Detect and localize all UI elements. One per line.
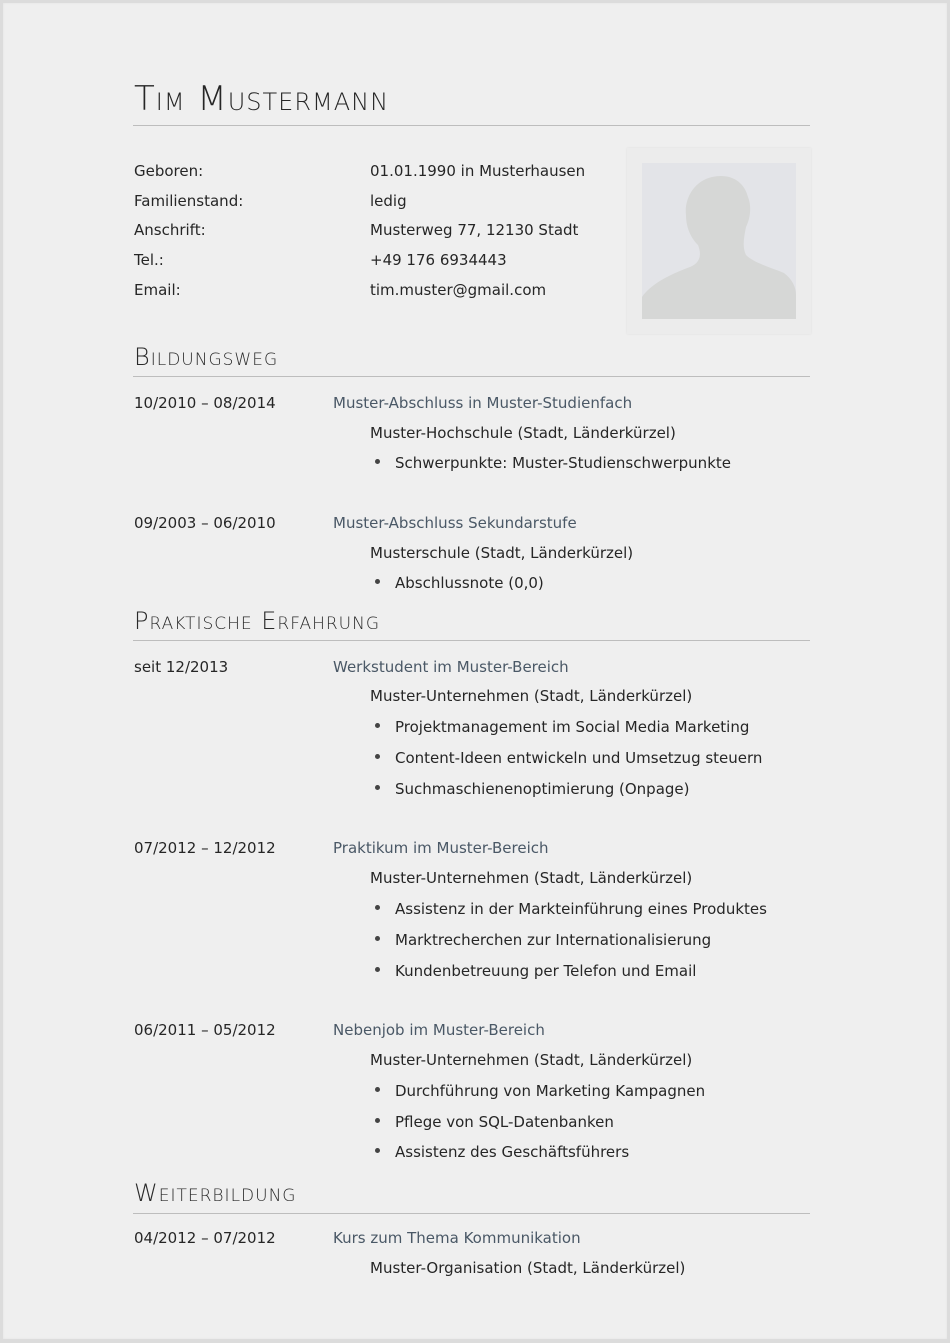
bullet-text: Content-Ideen entwickeln und Umsetzug st… [395,749,762,767]
entry-organization: Muster-Unternehmen (Stadt, Länderkürzel) [370,1050,692,1070]
bullet-icon [375,967,380,972]
bullet-text: Pflege von SQL-Datenbanken [395,1113,614,1131]
entry-title: Muster-Abschluss in Muster-Studienfach [333,393,632,413]
entry-organization: Muster-Unternehmen (Stadt, Länderkürzel) [370,868,692,888]
personal-label-status: Familienstand: [134,191,243,211]
applicant-name: Tim Mustermann [134,77,389,121]
entry-title: Kurs zum Thema Kommunikation [333,1228,581,1248]
bullet-icon [375,1087,380,1092]
bullet-text: Schwerpunkte: Muster-Studienschwerpunkte [395,454,731,472]
bullet-icon [375,754,380,759]
entry-date: 09/2003 – 06/2010 [134,513,276,533]
personal-label-address: Anschrift: [134,220,206,240]
bullet-icon [375,936,380,941]
entry-bullet: Abschlussnote (0,0) [375,573,544,593]
bullet-icon [375,1118,380,1123]
entry-title: Praktikum im Muster-Bereich [333,838,549,858]
entry-organization: Muster-Organisation (Stadt, Länderkürzel… [370,1258,685,1278]
bullet-text: Marktrecherchen zur Internationalisierun… [395,931,711,949]
person-silhouette-icon [642,163,796,319]
entry-organization: Musterschule (Stadt, Länderkürzel) [370,543,633,563]
bullet-icon [375,785,380,790]
bullet-text: Abschlussnote (0,0) [395,574,544,592]
entry-title: Muster-Abschluss Sekundarstufe [333,513,577,533]
cv-page: Tim Mustermann Geboren: 01.01.1990 in Mu… [3,3,947,1339]
bullet-text: Durchführung von Marketing Kampagnen [395,1082,705,1100]
bullet-text: Suchmaschienenoptimierung (Onpage) [395,780,690,798]
bullet-icon [375,1148,380,1153]
bullet-text: Kundenbetreuung per Telefon und Email [395,962,696,980]
entry-bullet: Assistenz in der Markteinführung eines P… [375,899,767,919]
personal-value-address: Musterweg 77, 12130 Stadt [370,220,578,240]
entry-bullet: Marktrecherchen zur Internationalisierun… [375,930,711,950]
personal-value-email: tim.muster@gmail.com [370,280,546,300]
entry-bullet: Schwerpunkte: Muster-Studienschwerpunkte [375,453,731,473]
personal-value-phone: +49 176 6934443 [370,250,507,270]
profile-photo [642,163,796,319]
entry-date: 10/2010 – 08/2014 [134,393,276,413]
personal-label-phone: Tel.: [134,250,164,270]
photo-frame [627,148,811,334]
entry-bullet: Projektmanagement im Social Media Market… [375,717,749,737]
bullet-text: Assistenz in der Markteinführung eines P… [395,900,767,918]
entry-bullet: Content-Ideen entwickeln und Umsetzug st… [375,748,762,768]
name-divider [133,125,810,126]
entry-bullet: Kundenbetreuung per Telefon und Email [375,961,696,981]
personal-label-email: Email: [134,280,181,300]
entry-title: Nebenjob im Muster-Bereich [333,1020,545,1040]
entry-bullet: Durchführung von Marketing Kampagnen [375,1081,705,1101]
personal-value-birth: 01.01.1990 in Musterhausen [370,161,585,181]
entry-bullet: Pflege von SQL-Datenbanken [375,1112,614,1132]
bullet-text: Assistenz des Geschäftsführers [395,1143,629,1161]
bullet-text: Projektmanagement im Social Media Market… [395,718,749,736]
entry-title: Werkstudent im Muster-Bereich [333,657,569,677]
entry-bullet: Suchmaschienenoptimierung (Onpage) [375,779,690,799]
entry-date: 04/2012 – 07/2012 [134,1228,276,1248]
bullet-icon [375,579,380,584]
entry-date: seit 12/2013 [134,657,228,677]
entry-date: 06/2011 – 05/2012 [134,1020,276,1040]
personal-label-birth: Geboren: [134,161,203,181]
section-heading-education: Bildungsweg [134,342,278,372]
experience-divider [133,640,810,641]
section-heading-experience: Praktische Erfahrung [134,606,380,636]
entry-organization: Muster-Hochschule (Stadt, Länderkürzel) [370,423,676,443]
entry-organization: Muster-Unternehmen (Stadt, Länderkürzel) [370,686,692,706]
bullet-icon [375,459,380,464]
personal-value-status: ledig [370,191,407,211]
entry-date: 07/2012 – 12/2012 [134,838,276,858]
entry-bullet: Assistenz des Geschäftsführers [375,1142,629,1162]
bullet-icon [375,723,380,728]
section-heading-training: Weiterbildung [134,1178,296,1208]
training-divider [133,1213,810,1214]
education-divider [133,376,810,377]
bullet-icon [375,905,380,910]
